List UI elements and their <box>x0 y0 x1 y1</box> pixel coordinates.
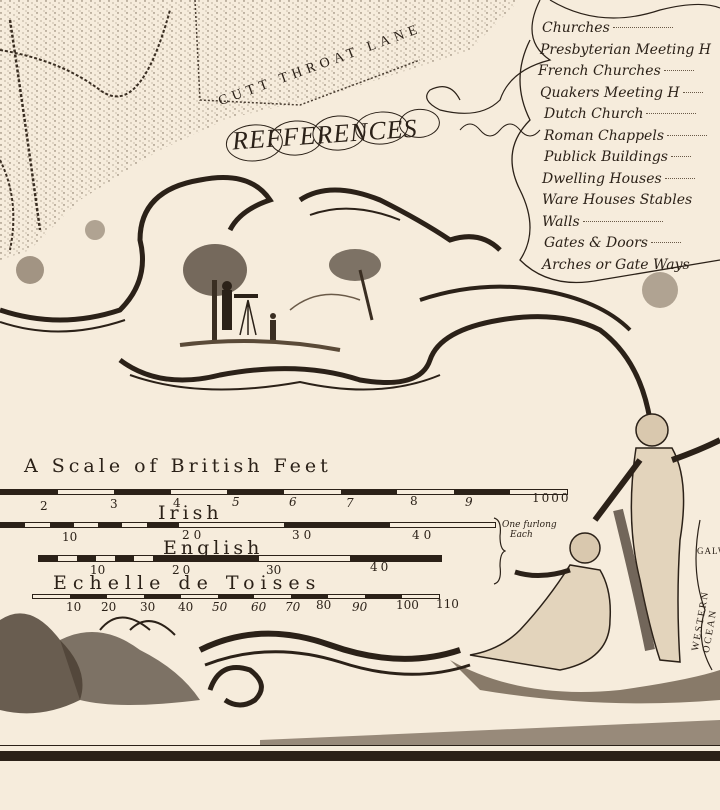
scale-tick: 110 <box>436 597 459 611</box>
legend-item: Quakers Meeting H <box>540 83 720 105</box>
ocean-label: WESTERN OCEAN <box>690 590 720 654</box>
scale-tick: 1000 <box>532 491 571 505</box>
title-loop-flourish <box>223 106 446 169</box>
scale-tick: 2 <box>40 499 48 513</box>
legend-item: Churches <box>542 18 720 40</box>
legend-item: Walls <box>542 212 720 234</box>
furlong-note: One furlong Each <box>502 520 557 540</box>
scale-bar-british-feet <box>0 489 568 495</box>
scale-tick: 40 <box>178 600 193 614</box>
legend-item: Ware Houses Stables <box>542 190 720 212</box>
scale-tick: 10 <box>66 600 81 614</box>
scale-tick: 30 <box>140 600 155 614</box>
legend-item: Dwelling Houses <box>542 169 720 191</box>
scale-title-british-feet: A Scale of British Feet <box>24 455 332 477</box>
scale-tick: 30 <box>292 528 315 542</box>
legend-item: Arches or Gate Ways <box>542 255 720 277</box>
scale-title-irish: Irish <box>158 502 223 524</box>
map-border-thick-line <box>0 751 720 761</box>
scale-tick: 9 <box>465 495 473 509</box>
legend-item: Dutch Church <box>544 104 720 126</box>
scale-bar-toises <box>32 594 440 599</box>
references-legend: Churches Presbyterian Meeting H French C… <box>540 18 720 276</box>
scale-title-toises: Echelle de Toises <box>53 572 321 594</box>
legend-item: Gates & Doors <box>544 233 720 255</box>
scale-tick: 90 <box>352 600 367 614</box>
scale-tick: 3 <box>110 497 118 511</box>
scale-tick: 50 <box>212 600 227 614</box>
scale-tick: 40 <box>370 560 391 574</box>
map-fragment: CUTT THROAT LANE REFFERENCES Churches Pr… <box>0 0 720 810</box>
scale-tick: 10 <box>62 530 77 544</box>
legend-item: Presbyterian Meeting H <box>540 40 720 62</box>
scale-tick: 8 <box>410 494 418 508</box>
road-label-cutt-throat-lane: CUTT THROAT LANE <box>217 21 425 110</box>
scale-tick: 40 <box>412 528 435 542</box>
scale-tick: 60 <box>251 600 266 614</box>
scale-tick: 80 <box>316 598 331 612</box>
map-border-thin-line <box>0 745 720 746</box>
scale-tick: 100 <box>396 598 419 612</box>
scale-tick: 7 <box>346 496 354 510</box>
place-label-galway: GALW <box>697 546 720 556</box>
scale-tick: 5 <box>232 495 240 509</box>
legend-item: Roman Chappels <box>544 126 720 148</box>
scale-tick: 6 <box>289 495 297 509</box>
scale-tick: 70 <box>285 600 300 614</box>
scale-tick: 20 <box>101 600 116 614</box>
references-title: REFFERENCES <box>231 114 418 157</box>
legend-item: Publick Buildings <box>544 147 720 169</box>
legend-item: French Churches <box>538 61 720 83</box>
